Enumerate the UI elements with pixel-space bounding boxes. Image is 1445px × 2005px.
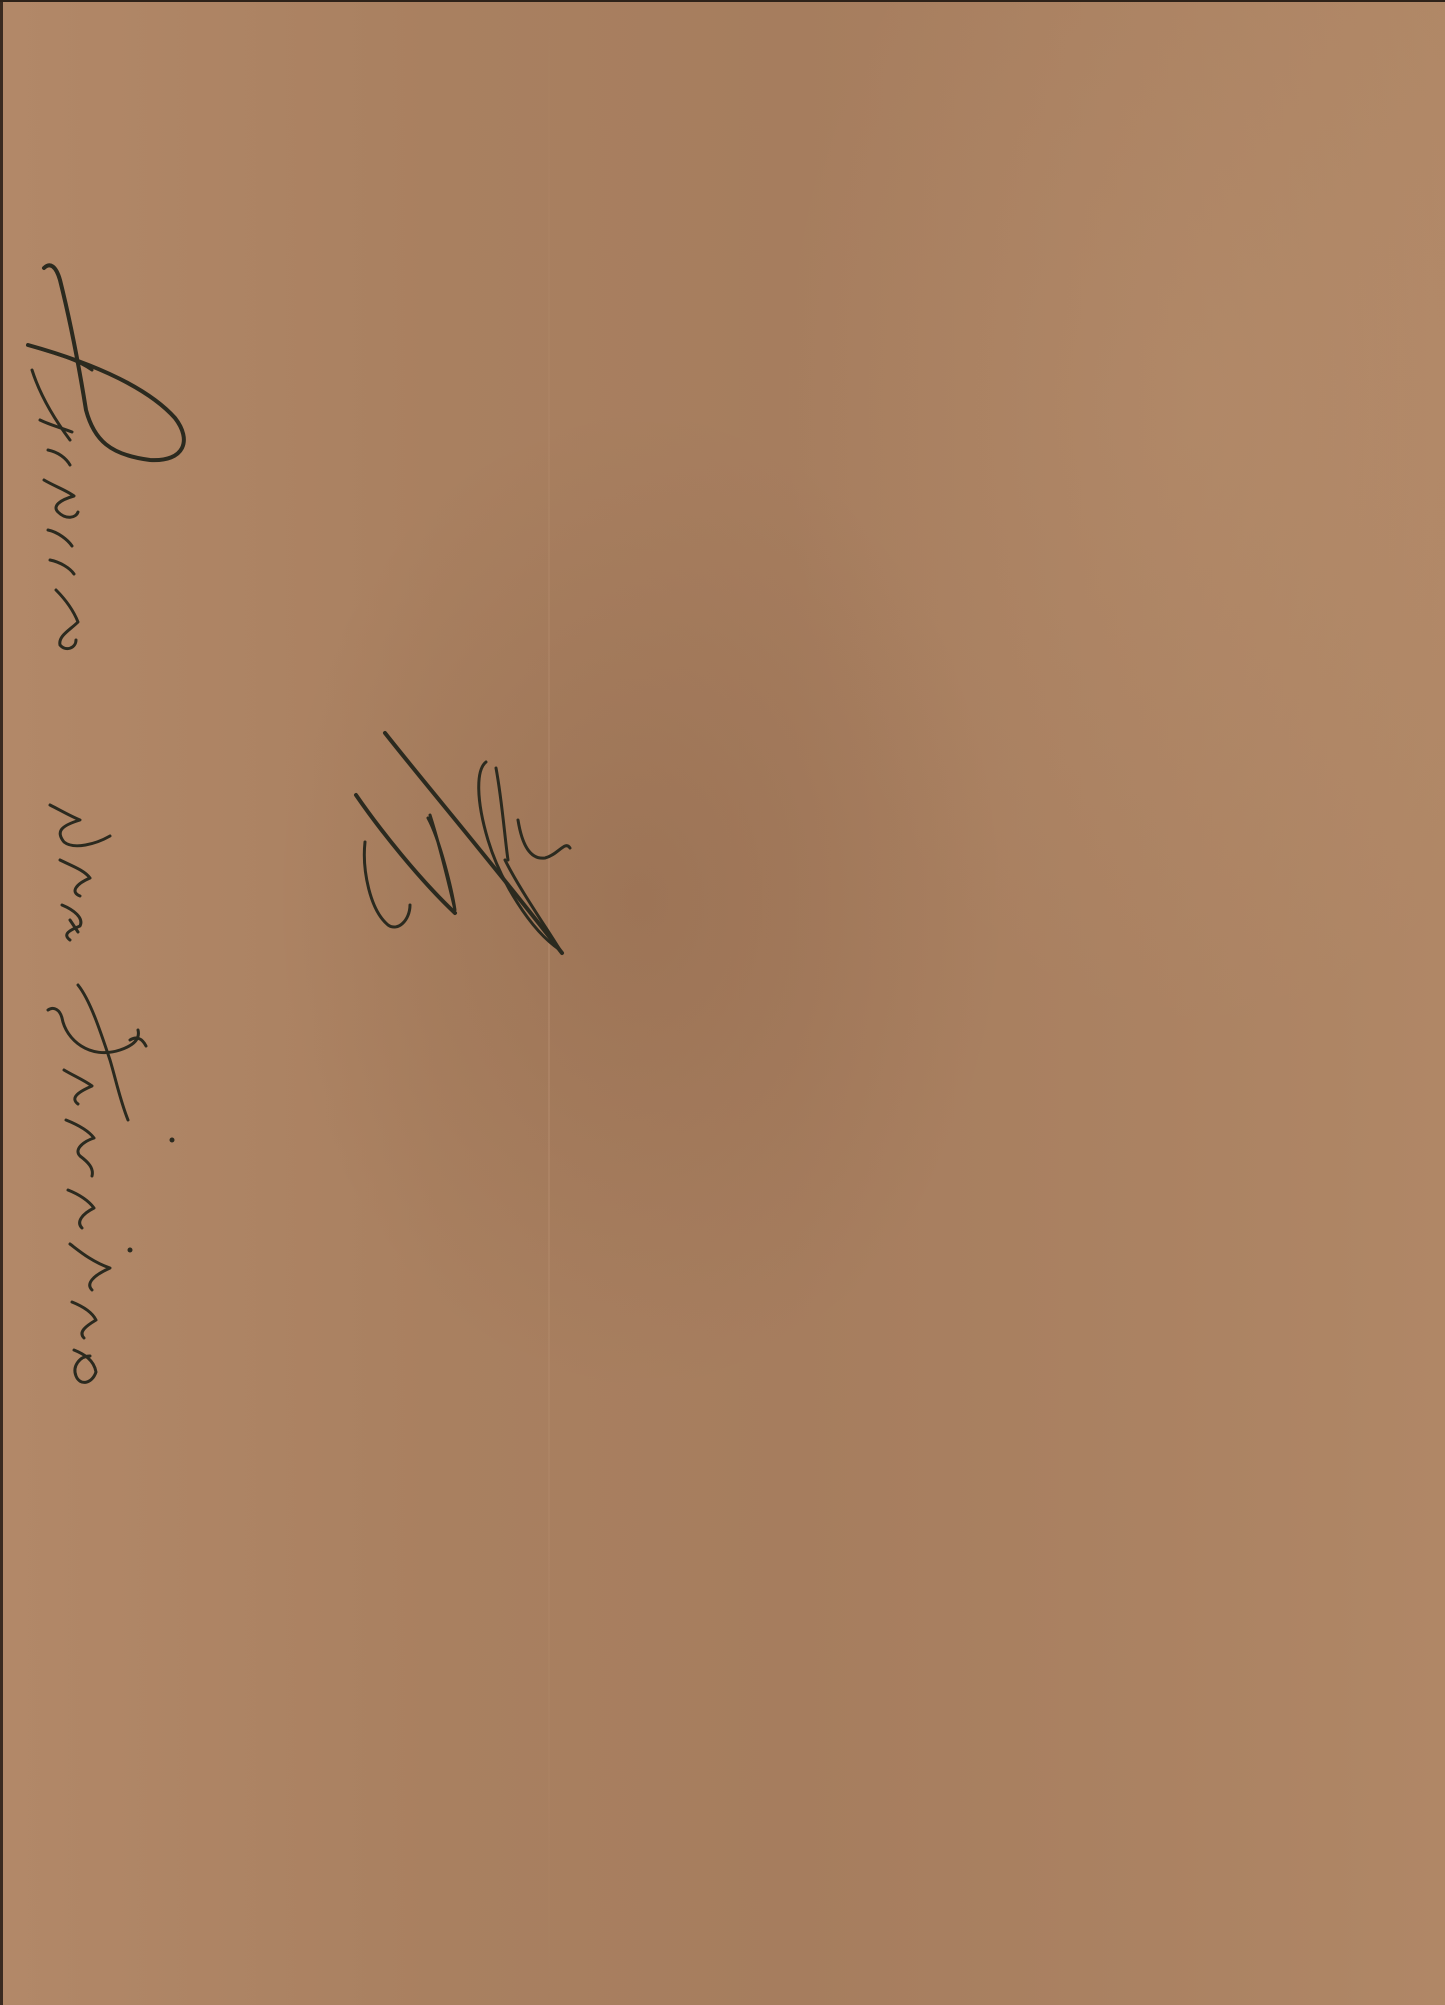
margin-inscription [28, 265, 184, 1382]
ink-dot [128, 1248, 133, 1253]
center-signature-mark [356, 733, 570, 953]
paper-sheet: Pisonis Lan Tomuleo W/fe [0, 0, 1445, 2005]
ink-dot [170, 1138, 175, 1143]
handwriting-layer [0, 0, 1445, 2005]
